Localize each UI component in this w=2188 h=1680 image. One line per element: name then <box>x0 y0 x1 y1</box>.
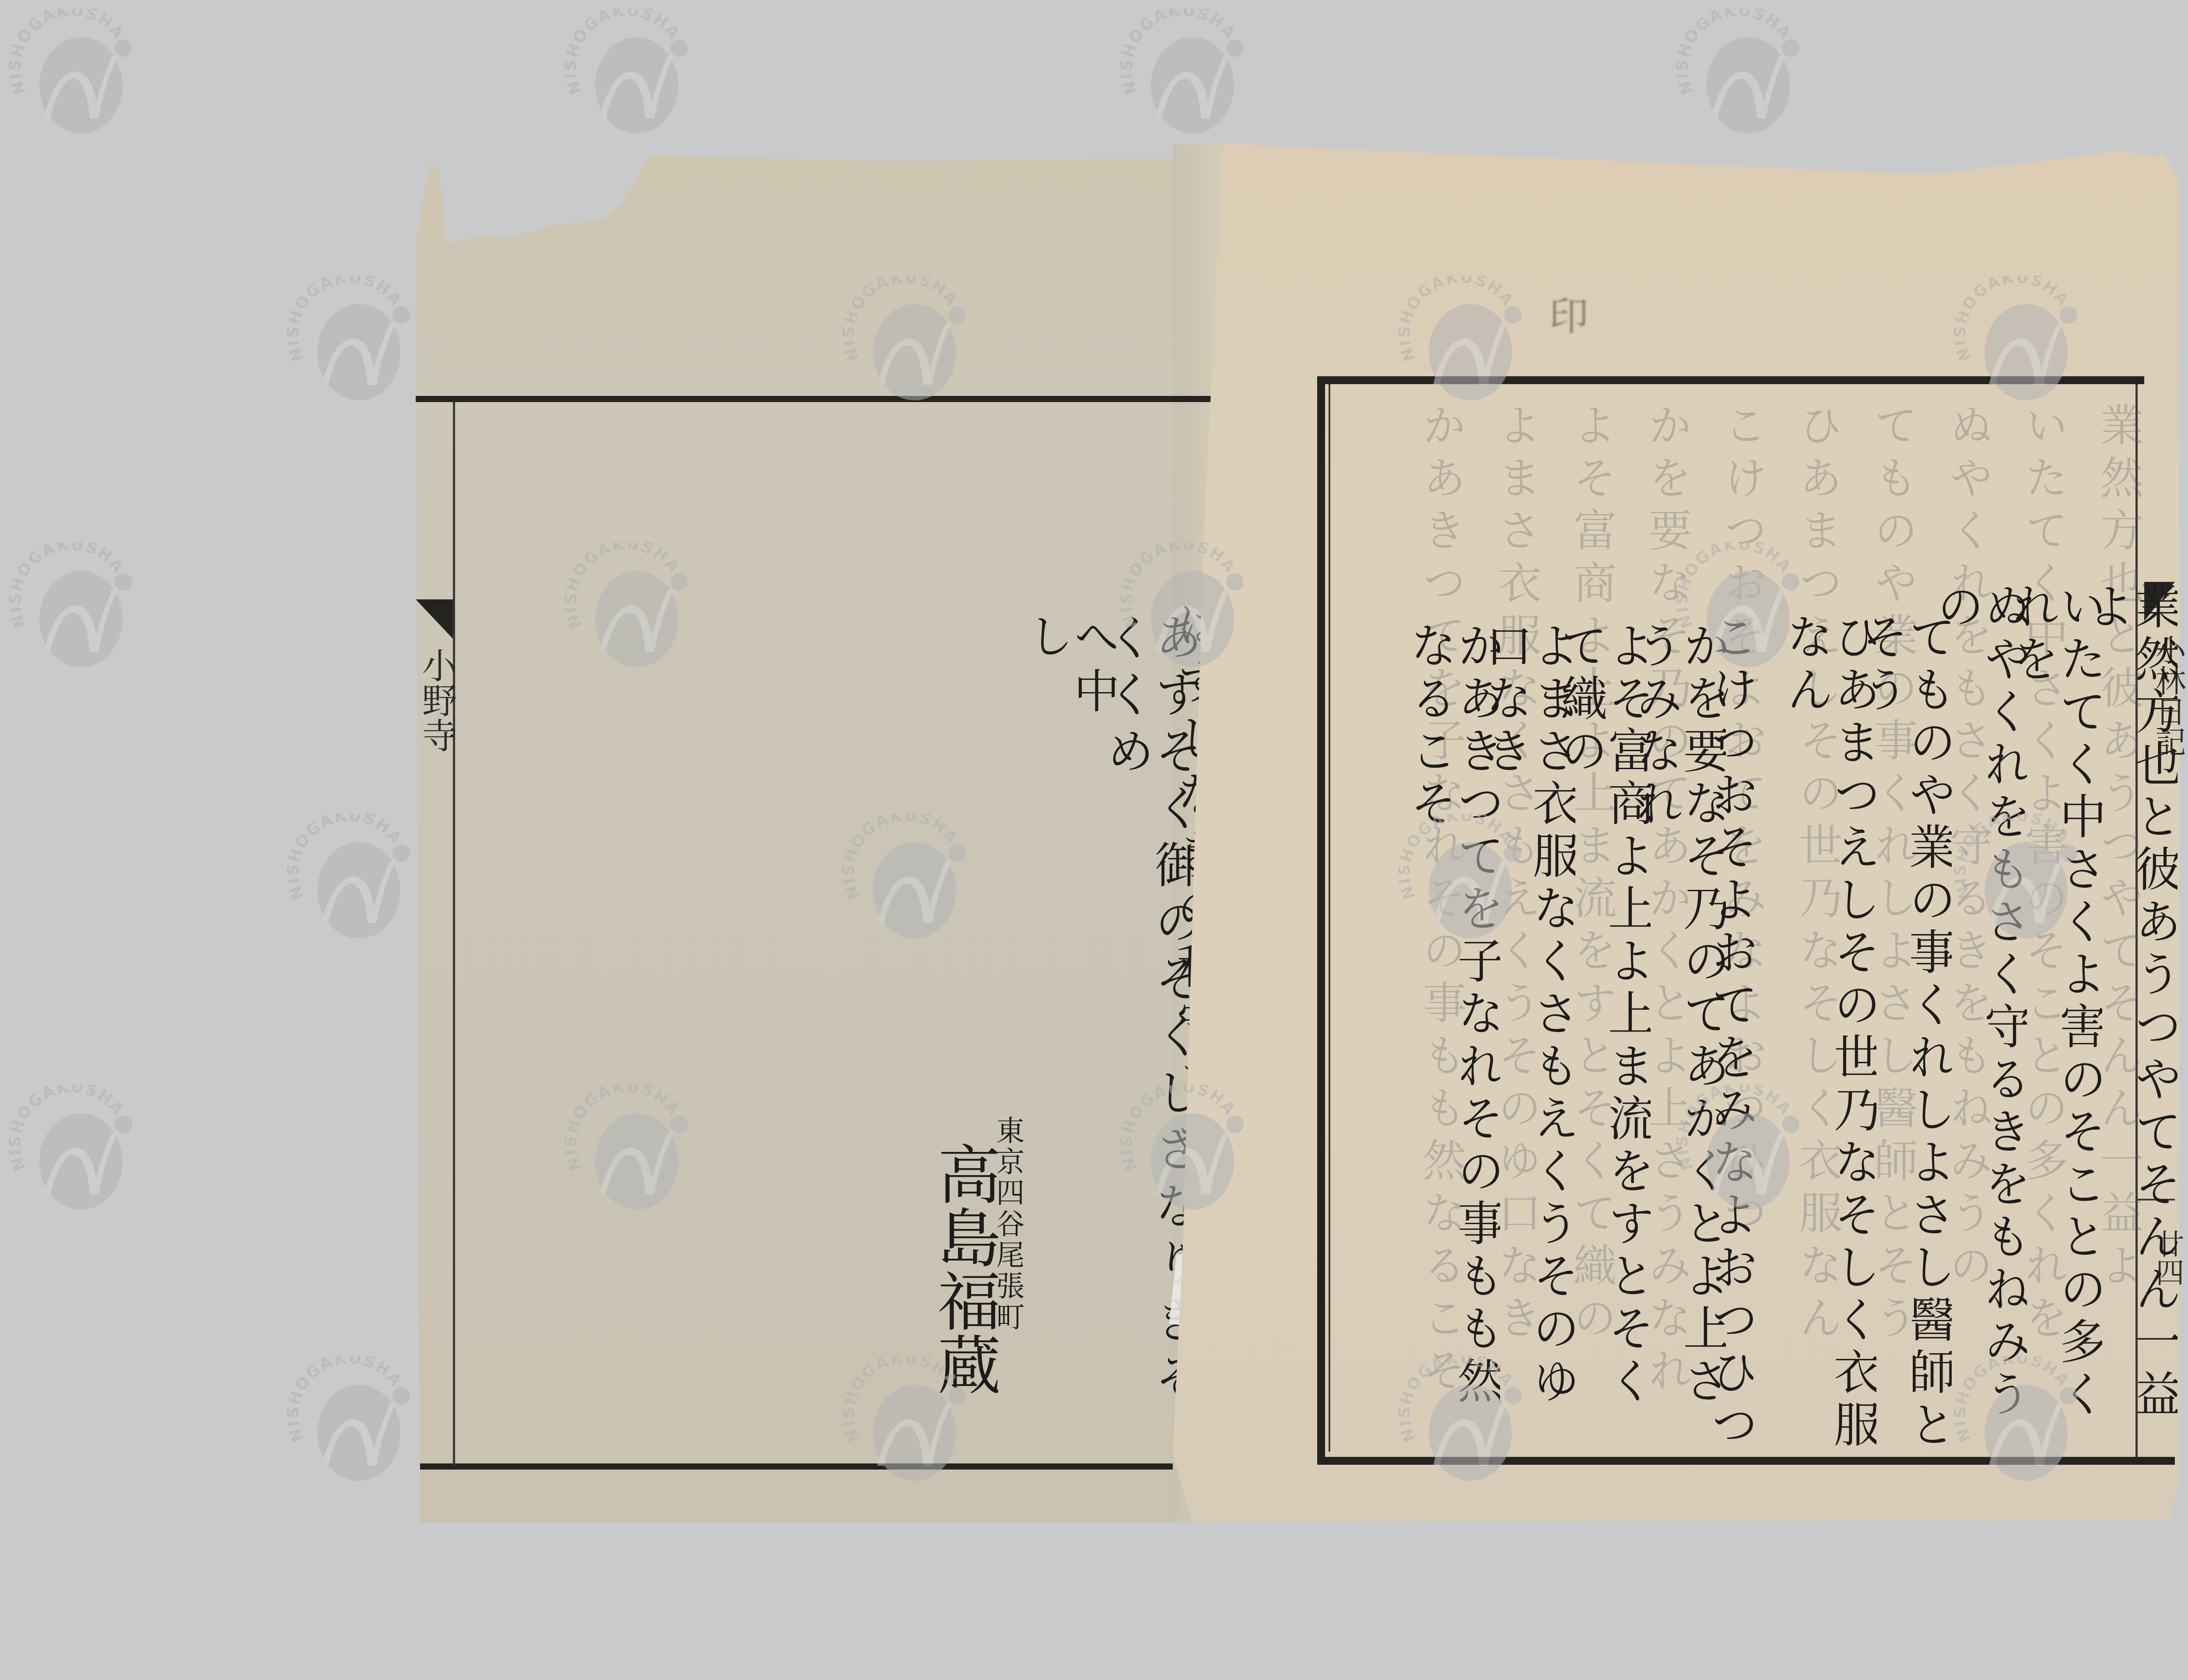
svg-text:NISHOGAKUSHA: NISHOGAKUSHA <box>287 814 406 902</box>
svg-text:NISHOGAKUSHA: NISHOGAKUSHA <box>1398 1356 1517 1444</box>
svg-text:NISHOGAKUSHA: NISHOGAKUSHA <box>287 276 406 364</box>
nishogakusha-logo-icon: NISHOGAKUSHA <box>565 9 696 140</box>
watermark-logo: NISHOGAKUSHA <box>1398 814 1529 945</box>
svg-text:NISHOGAKUSHA: NISHOGAKUSHA <box>1676 542 1795 630</box>
svg-text:NISHOGAKUSHA: NISHOGAKUSHA <box>1676 9 1795 97</box>
nishogakusha-logo-icon: NISHOGAKUSHA <box>565 542 696 674</box>
svg-text:NISHOGAKUSHA: NISHOGAKUSHA <box>1676 1085 1795 1173</box>
watermark-logo: NISHOGAKUSHA <box>1676 542 1807 674</box>
nishogakusha-logo-icon: NISHOGAKUSHA <box>287 276 418 407</box>
watermark-logo: NISHOGAKUSHA <box>1676 9 1807 140</box>
svg-text:NISHOGAKUSHA: NISHOGAKUSHA <box>842 276 961 364</box>
watermark-logo: NISHOGAKUSHA <box>565 542 696 674</box>
watermark-logo: NISHOGAKUSHA <box>1676 1085 1807 1216</box>
nishogakusha-logo-icon: NISHOGAKUSHA <box>1954 814 2085 945</box>
watermark-logo: NISHOGAKUSHA <box>842 1356 974 1487</box>
nishogakusha-logo-icon: NISHOGAKUSHA <box>842 814 974 945</box>
svg-text:NISHOGAKUSHA: NISHOGAKUSHA <box>1398 814 1517 902</box>
watermark-logo: NISHOGAKUSHA <box>842 276 974 407</box>
nishogakusha-logo-icon: NISHOGAKUSHA <box>842 1356 974 1487</box>
nishogakusha-logo-icon: NISHOGAKUSHA <box>9 1085 140 1216</box>
nishogakusha-logo-icon: NISHOGAKUSHA <box>9 9 140 140</box>
watermark-layer: NISHOGAKUSHA NISHOGAKUSHA NISHOGAKUSHA N… <box>0 0 2188 1680</box>
svg-text:NISHOGAKUSHA: NISHOGAKUSHA <box>842 814 961 902</box>
nishogakusha-logo-icon: NISHOGAKUSHA <box>1954 276 2085 407</box>
nishogakusha-logo-icon: NISHOGAKUSHA <box>9 542 140 674</box>
svg-text:NISHOGAKUSHA: NISHOGAKUSHA <box>9 1085 128 1173</box>
nishogakusha-logo-icon: NISHOGAKUSHA <box>1398 1356 1529 1487</box>
nishogakusha-logo-icon: NISHOGAKUSHA <box>565 1085 696 1216</box>
watermark-logo: NISHOGAKUSHA <box>287 814 418 945</box>
nishogakusha-logo-icon: NISHOGAKUSHA <box>1120 1085 1252 1216</box>
watermark-logo: NISHOGAKUSHA <box>287 276 418 407</box>
nishogakusha-logo-icon: NISHOGAKUSHA <box>1954 1356 2085 1487</box>
svg-text:NISHOGAKUSHA: NISHOGAKUSHA <box>565 542 684 630</box>
nishogakusha-logo-icon: NISHOGAKUSHA <box>1676 542 1807 674</box>
svg-text:NISHOGAKUSHA: NISHOGAKUSHA <box>1954 276 2073 364</box>
watermark-logo: NISHOGAKUSHA <box>9 1085 140 1216</box>
nishogakusha-logo-icon: NISHOGAKUSHA <box>1120 9 1252 140</box>
watermark-logo: NISHOGAKUSHA <box>9 9 140 140</box>
watermark-logo: NISHOGAKUSHA <box>565 9 696 140</box>
watermark-logo: NISHOGAKUSHA <box>1954 276 2085 407</box>
watermark-logo: NISHOGAKUSHA <box>1120 9 1252 140</box>
watermark-logo: NISHOGAKUSHA <box>842 814 974 945</box>
nishogakusha-logo-icon: NISHOGAKUSHA <box>1676 9 1807 140</box>
watermark-logo: NISHOGAKUSHA <box>1120 1085 1252 1216</box>
watermark-logo: NISHOGAKUSHA <box>287 1356 418 1487</box>
svg-text:NISHOGAKUSHA: NISHOGAKUSHA <box>9 9 128 97</box>
watermark-logo: NISHOGAKUSHA <box>1398 1356 1529 1487</box>
nishogakusha-logo-icon: NISHOGAKUSHA <box>1398 814 1529 945</box>
nishogakusha-logo-icon: NISHOGAKUSHA <box>1398 276 1529 407</box>
svg-text:NISHOGAKUSHA: NISHOGAKUSHA <box>287 1356 406 1444</box>
nishogakusha-logo-icon: NISHOGAKUSHA <box>1120 542 1252 674</box>
svg-text:NISHOGAKUSHA: NISHOGAKUSHA <box>9 542 128 630</box>
svg-text:NISHOGAKUSHA: NISHOGAKUSHA <box>1120 542 1239 630</box>
svg-text:NISHOGAKUSHA: NISHOGAKUSHA <box>1954 1356 2073 1444</box>
watermark-logo: NISHOGAKUSHA <box>9 542 140 674</box>
nishogakusha-logo-icon: NISHOGAKUSHA <box>287 1356 418 1487</box>
svg-text:NISHOGAKUSHA: NISHOGAKUSHA <box>565 9 684 97</box>
watermark-logo: NISHOGAKUSHA <box>1954 1356 2085 1487</box>
watermark-logo: NISHOGAKUSHA <box>1120 542 1252 674</box>
nishogakusha-logo-icon: NISHOGAKUSHA <box>287 814 418 945</box>
nishogakusha-logo-icon: NISHOGAKUSHA <box>1676 1085 1807 1216</box>
watermark-logo: NISHOGAKUSHA <box>1398 276 1529 407</box>
nishogakusha-logo-icon: NISHOGAKUSHA <box>842 276 974 407</box>
svg-text:NISHOGAKUSHA: NISHOGAKUSHA <box>1954 814 2073 902</box>
svg-text:NISHOGAKUSHA: NISHOGAKUSHA <box>1398 276 1517 364</box>
watermark-logo: NISHOGAKUSHA <box>1954 814 2085 945</box>
svg-text:NISHOGAKUSHA: NISHOGAKUSHA <box>1120 1085 1239 1173</box>
watermark-logo: NISHOGAKUSHA <box>565 1085 696 1216</box>
svg-text:NISHOGAKUSHA: NISHOGAKUSHA <box>1120 9 1239 97</box>
svg-text:NISHOGAKUSHA: NISHOGAKUSHA <box>565 1085 684 1173</box>
svg-text:NISHOGAKUSHA: NISHOGAKUSHA <box>842 1356 961 1444</box>
